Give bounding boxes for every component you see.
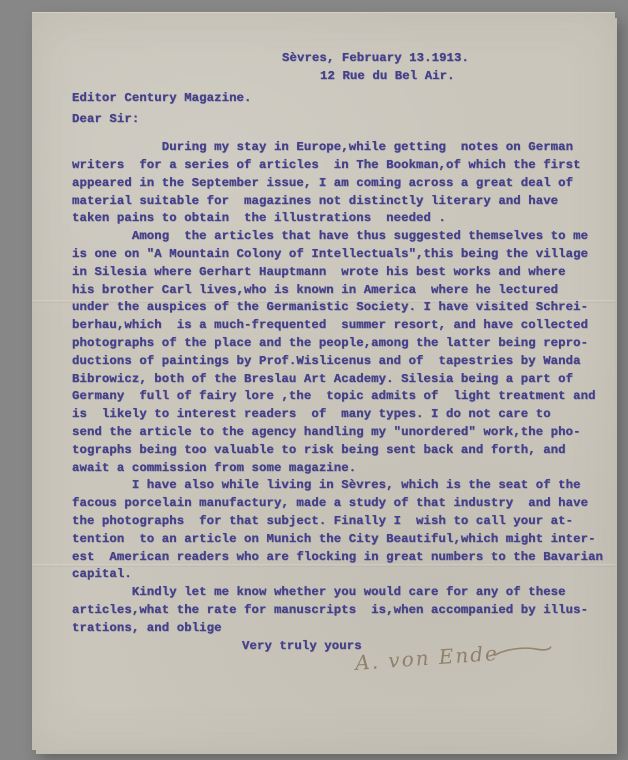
letter-line: Among the articles that have thus sugges… [72,228,592,246]
letter-line: facous porcelain manufactury, made a stu… [72,495,592,513]
letter-line: During my stay in Europe,while getting n… [72,139,592,157]
letter-line: send the article to the agency handling … [72,424,592,442]
letter-line: berhau,which is a much-frequented summer… [72,317,592,335]
letter-line: articles,what the rate for manuscripts i… [72,602,592,620]
dateline: Sèvres, February 13.1913. [282,50,592,68]
salutation: Dear Sir: [72,111,592,129]
letter-line: trations, and oblige [72,620,592,638]
sender-address: 12 Rue du Bel Air. [320,68,592,86]
recipient-line: Editor Century Magazine. [72,90,592,108]
letter-line: est American readers who are flocking in… [72,549,592,567]
letter-line: ductions of paintings by Prof.Wislicenus… [72,353,592,371]
letter-line: appeared in the September issue, I am co… [72,175,592,193]
letter-page: Sèvres, February 13.1913. 12 Rue du Bel … [32,12,615,750]
signature-flourish-icon [492,642,553,660]
letter-content: Sèvres, February 13.1913. 12 Rue du Bel … [72,50,592,655]
letter-line: taken pains to obtain the illustrations … [72,210,592,228]
letter-line: capital. [72,566,592,584]
letter-line: await a commission from some magazine. [72,460,592,478]
letter-line: Bibrowicz, both of the Breslau Art Acade… [72,371,592,389]
letter-line: writers for a series of articles in The … [72,157,592,175]
letter-line: is one on "A Mountain Colony of Intellec… [72,246,592,264]
letter-line: Germany full of fairy lore ,the topic ad… [72,388,592,406]
letter-line: tention to an article on Munich the City… [72,531,592,549]
letter-line: photographs of the place and the people,… [72,335,592,353]
letter-line: his brother Carl lives,who is known in A… [72,282,592,300]
letter-line: tographs being too valuable to risk bein… [72,442,592,460]
letter-line: I have also while living in Sèvres, whic… [72,477,592,495]
letter-line: Kindly let me know whether you would car… [72,584,592,602]
scan-background: Sèvres, February 13.1913. 12 Rue du Bel … [0,0,628,760]
letter-line: is likely to interest readers of many ty… [72,406,592,424]
letter-body: During my stay in Europe,while getting n… [72,139,592,637]
letter-line: in Silesia where Gerhart Hauptmann wrote… [72,264,592,282]
letter-line: under the auspices of the Germanistic So… [72,299,592,317]
letter-line: the photographs for that subject. Finall… [72,513,592,531]
letter-line: material suitable for magazines not dist… [72,193,592,211]
